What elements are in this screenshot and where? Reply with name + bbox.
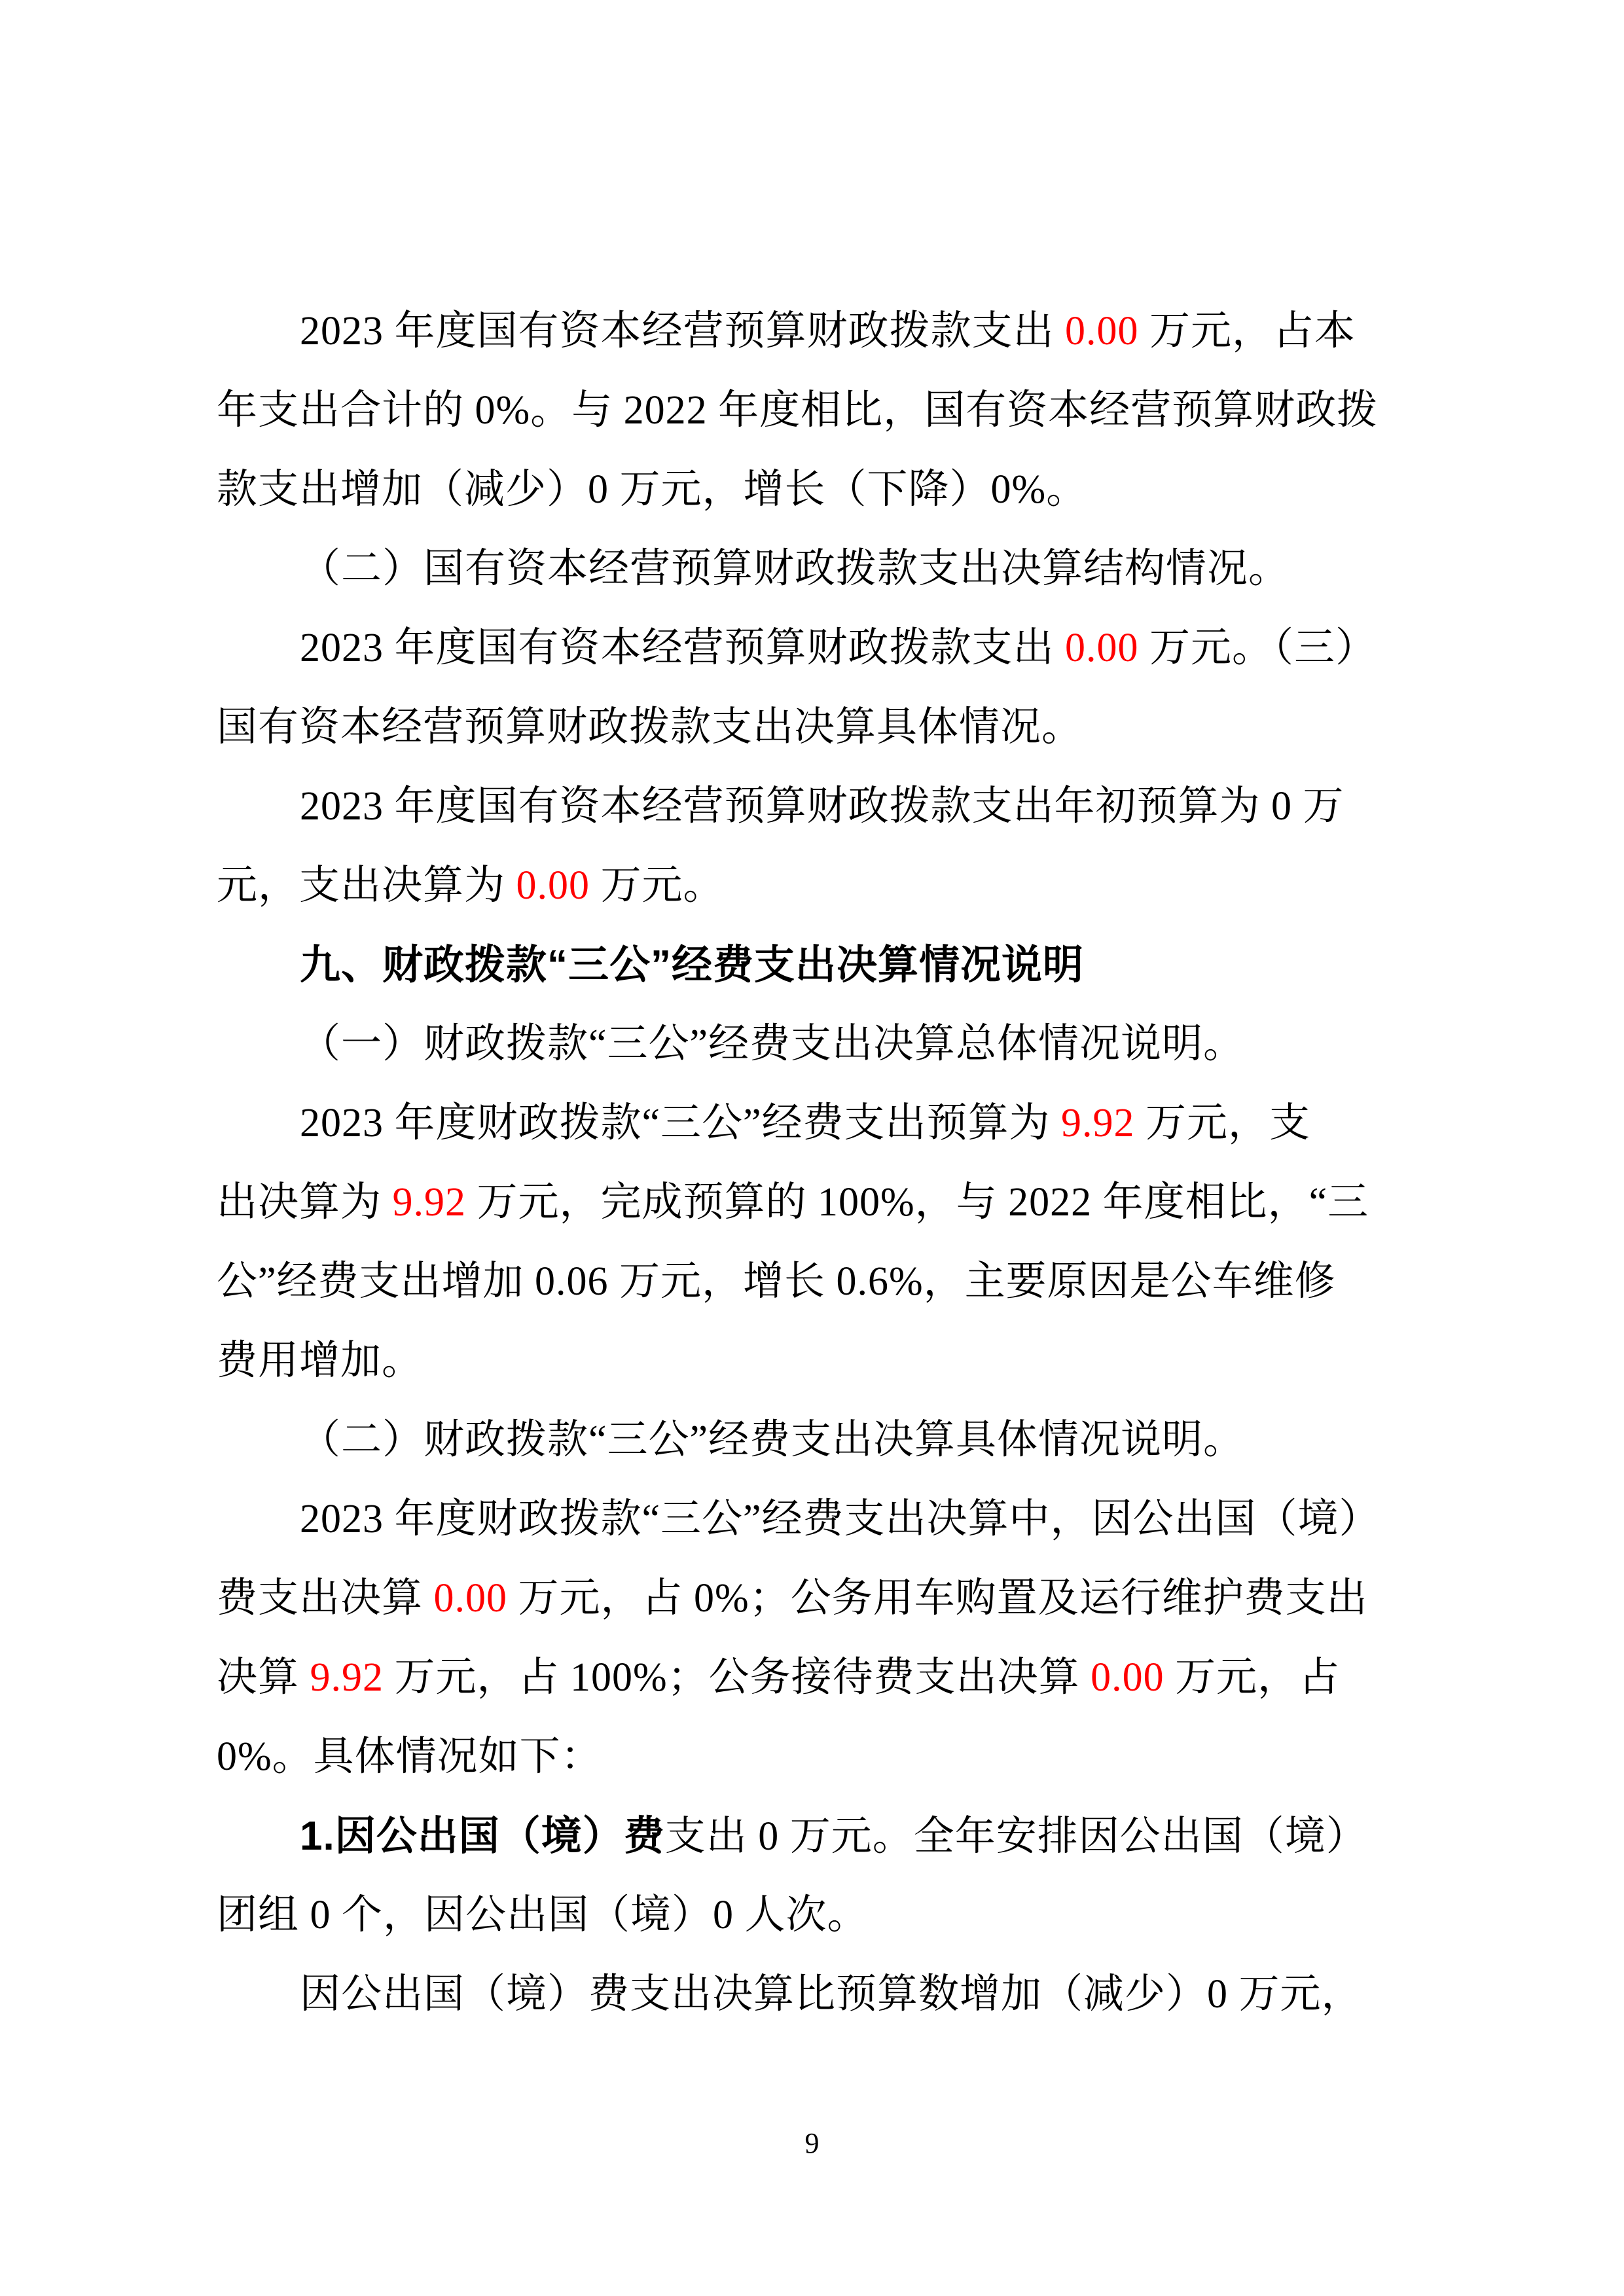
text-segment: 2023 年度财政拨款“三公”经费支出预算为 bbox=[300, 1101, 1061, 1145]
document-page: 2023 年度国有资本经营预算财政拨款支出 0.00 万元，占本年支出合计的 0… bbox=[0, 0, 1624, 2296]
highlighted-amount: 0.00 bbox=[434, 1576, 508, 1621]
highlighted-amount: 0.00 bbox=[1091, 1655, 1164, 1700]
text-segment: 2023 年度国有资本经营预算财政拨款支出 bbox=[300, 626, 1065, 670]
text-line: 公”经费支出增加 0.06 万元，增长 0.6%，主要原因是公车维修 bbox=[217, 1242, 1454, 1321]
text-segment: 万元。 bbox=[590, 863, 725, 908]
text-segment: 因公出国（境）费支出决算比预算数增加（减少）0 万元， bbox=[300, 1972, 1363, 2017]
text-line: （二）国有资本经营预算财政拨款支出决算结构情况。 bbox=[217, 529, 1454, 609]
text-segment: 团组 0 个，因公出国（境）0 人次。 bbox=[217, 1893, 869, 1937]
text-segment: 万元。（三） bbox=[1139, 626, 1377, 670]
highlighted-amount: 0.00 bbox=[1065, 309, 1139, 353]
text-segment: 元，支出决算为 bbox=[217, 863, 516, 908]
highlighted-amount: 9.92 bbox=[393, 1180, 467, 1225]
text-line: 2023 年度国有资本经营预算财政拨款支出 0.00 万元，占本 bbox=[217, 292, 1454, 371]
highlighted-amount: 9.92 bbox=[310, 1655, 384, 1700]
text-line: 年支出合计的 0%。与 2022 年度相比，国有资本经营预算财政拨 bbox=[217, 371, 1454, 450]
text-segment: 万元，占本 bbox=[1139, 309, 1356, 353]
text-line: 2023 年度财政拨款“三公”经费支出预算为 9.92 万元，支 bbox=[217, 1084, 1454, 1163]
text-segment: 万元，完成预算的 100%，与 2022 年度相比，“三 bbox=[466, 1180, 1369, 1225]
text-line: 元，支出决算为 0.00 万元。 bbox=[217, 846, 1454, 925]
text-line: 团组 0 个，因公出国（境）0 人次。 bbox=[217, 1876, 1454, 1955]
text-segment: （二）国有资本经营预算财政拨款支出决算结构情况。 bbox=[300, 547, 1290, 591]
text-segment: 万元，占 bbox=[1164, 1655, 1341, 1700]
text-segment: 2023 年度国有资本经营预算财政拨款支出年初预算为 0 万 bbox=[300, 784, 1344, 829]
page-number: 9 bbox=[0, 2129, 1624, 2158]
text-segment: 出决算为 bbox=[217, 1180, 393, 1225]
highlighted-amount: 0.00 bbox=[1065, 626, 1139, 670]
text-segment: 国有资本经营预算财政拨款支出决算具体情况。 bbox=[217, 705, 1083, 749]
text-line: 费用增加。 bbox=[217, 1321, 1454, 1401]
text-segment: 年支出合计的 0%。与 2022 年度相比，国有资本经营预算财政拨 bbox=[217, 388, 1378, 433]
text-line: （二）财政拨款“三公”经费支出决算具体情况说明。 bbox=[217, 1401, 1454, 1480]
text-line: 1.因公出国（境）费支出 0 万元。全年安排因公出国（境） bbox=[217, 1797, 1454, 1876]
text-segment: （一）财政拨款“三公”经费支出决算总体情况说明。 bbox=[300, 1022, 1244, 1066]
text-segment: 万元，支 bbox=[1135, 1101, 1311, 1145]
text-segment: 万元，占 0%；公务用车购置及运行维护费支出 bbox=[507, 1576, 1368, 1621]
text-segment: 支出 0 万元。全年安排因公出国（境） bbox=[665, 1814, 1367, 1859]
section-heading: 九、财政拨款“三公”经费支出决算情况说明 bbox=[217, 925, 1454, 1005]
document-body: 2023 年度国有资本经营预算财政拨款支出 0.00 万元，占本年支出合计的 0… bbox=[217, 292, 1454, 2034]
highlighted-amount: 9.92 bbox=[1061, 1101, 1135, 1145]
text-line: 2023 年度国有资本经营预算财政拨款支出 0.00 万元。（三） bbox=[217, 609, 1454, 688]
text-segment: 费支出决算 bbox=[217, 1576, 434, 1621]
text-segment: 0%。具体情况如下： bbox=[217, 1734, 602, 1779]
text-line: 决算 9.92 万元，占 100%；公务接待费支出决算 0.00 万元，占 bbox=[217, 1638, 1454, 1717]
text-line: 2023 年度国有资本经营预算财政拨款支出年初预算为 0 万 bbox=[217, 767, 1454, 846]
text-segment: 费用增加。 bbox=[217, 1338, 423, 1383]
text-segment: 1.因公出国（境）费 bbox=[300, 1814, 665, 1859]
text-segment: （二）财政拨款“三公”经费支出决算具体情况说明。 bbox=[300, 1418, 1244, 1462]
text-line: 出决算为 9.92 万元，完成预算的 100%，与 2022 年度相比，“三 bbox=[217, 1163, 1454, 1242]
text-segment: 2023 年度国有资本经营预算财政拨款支出 bbox=[300, 309, 1065, 353]
text-segment: 公”经费支出增加 0.06 万元，增长 0.6%，主要原因是公车维修 bbox=[217, 1259, 1336, 1304]
text-segment: 决算 bbox=[217, 1655, 310, 1700]
text-segment: 九、财政拨款“三公”经费支出决算情况说明 bbox=[300, 942, 1084, 988]
text-line: 国有资本经营预算财政拨款支出决算具体情况。 bbox=[217, 688, 1454, 767]
text-line: 0%。具体情况如下： bbox=[217, 1717, 1454, 1797]
text-segment: 万元，占 100%；公务接待费支出决算 bbox=[384, 1655, 1091, 1700]
text-line: 款支出增加（减少）0 万元，增长（下降）0%。 bbox=[217, 450, 1454, 529]
text-line: 费支出决算 0.00 万元，占 0%；公务用车购置及运行维护费支出 bbox=[217, 1559, 1454, 1638]
text-line: 因公出国（境）费支出决算比预算数增加（减少）0 万元， bbox=[217, 1955, 1454, 2034]
text-line: 2023 年度财政拨款“三公”经费支出决算中，因公出国（境） bbox=[217, 1480, 1454, 1559]
text-segment: 款支出增加（减少）0 万元，增长（下降）0%。 bbox=[217, 467, 1087, 512]
text-segment: 2023 年度财政拨款“三公”经费支出决算中，因公出国（境） bbox=[300, 1497, 1380, 1541]
text-line: （一）财政拨款“三公”经费支出决算总体情况说明。 bbox=[217, 1005, 1454, 1084]
highlighted-amount: 0.00 bbox=[516, 863, 590, 908]
